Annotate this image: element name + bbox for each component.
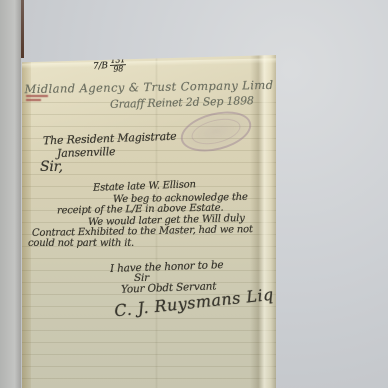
- body-line: could not part with it.: [28, 238, 134, 249]
- filing-stamp-mark: [26, 95, 48, 97]
- photo-of-letter: 7/B 131 98 Midland Agency & Trust Compan…: [0, 0, 388, 388]
- letter-sheet: 7/B 131 98 Midland Agency & Trust Compan…: [22, 55, 276, 388]
- filing-stamp-mark: [26, 99, 41, 101]
- recipient-line-2: Jansenville: [57, 145, 116, 160]
- file-reference-prefix: 7/B: [93, 61, 108, 72]
- file-reference: 7/B 131 98: [93, 56, 127, 76]
- top-fold-highlight: [22, 58, 276, 68]
- file-reference-fraction: 131 98: [109, 56, 127, 75]
- album-gutter-band: [0, 0, 21, 388]
- book-spine-edge: [21, 0, 24, 58]
- salutation: Sir,: [40, 159, 63, 175]
- filing-stamp: [26, 93, 48, 106]
